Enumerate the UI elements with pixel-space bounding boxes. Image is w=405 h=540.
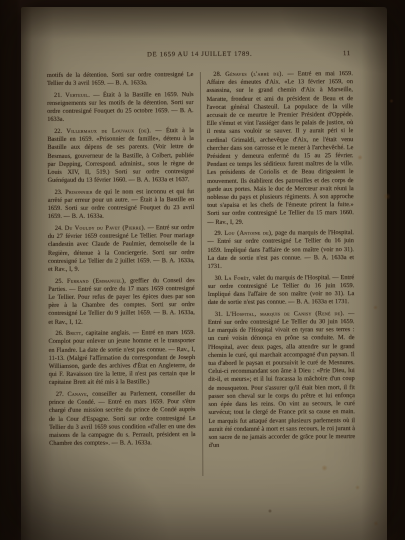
entry-number: 21. <box>54 92 62 99</box>
entry-name: L'Hospital, marquis de Canisy (René de). <box>226 310 344 318</box>
entry-name: Ferrand (Emmanuel), <box>67 277 126 284</box>
entry-number: 27. <box>56 391 64 398</box>
entry-number: 30. <box>215 275 223 282</box>
entry-name: Brett, <box>66 330 83 337</box>
text-column-right: 28. Génaves (l'abbé de). — Entré en mai … <box>206 70 355 454</box>
entry-text: conseiller au Parlement, conseiller du p… <box>49 390 196 447</box>
entry-26: 26. Brett, capitaine anglais. — Entré en… <box>48 329 195 387</box>
text-column-left: motifs de la détention. Sorti sur ordre … <box>47 71 196 455</box>
entry-31: 31. L'Hospital, marquis de Canisy (René … <box>208 310 355 450</box>
entry-name: Verteuil. <box>65 91 90 98</box>
book-photo: DE 1659 AU 14 JUILLET 1789. 11 motifs de… <box>0 0 405 540</box>
entry-text: — Était à la Bastille en 1659. «Prisonni… <box>47 127 194 184</box>
entry-number: 28. <box>213 71 221 78</box>
entry-21: 21. Verteuil. — Était à la Bastille en 1… <box>47 91 194 125</box>
entry-text: — Entré en mai 1659. Affaire des émeutes… <box>206 70 353 226</box>
entry-number: 24. <box>55 225 63 232</box>
entry-number: 31. <box>215 311 223 318</box>
entry-text: capitaine anglais. — Entré en mars 1659.… <box>49 329 196 386</box>
paragraph-continuation: motifs de la détention. Sorti sur ordre … <box>47 71 194 88</box>
entry-name: Lou (Antoine de), <box>224 230 273 237</box>
entry-name: Du Vouldy du Pavet (Pierre). <box>65 224 146 231</box>
entry-25: 25. Ferrand (Emmanuel), greffier du Cons… <box>48 277 195 327</box>
foxing-spot <box>321 465 328 471</box>
page-content: DE 1659 AU 14 JUILLET 1789. 11 motifs de… <box>47 50 355 455</box>
text-columns: motifs de la détention. Sorti sur ordre … <box>47 70 355 455</box>
column-divider-rule <box>200 72 203 476</box>
entry-number: 23. <box>55 189 63 196</box>
running-header: DE 1659 AU 14 JUILLET 1789. 11 <box>47 50 353 65</box>
entry-27: 27. Canaye, conseiller au Parlement, con… <box>49 390 196 448</box>
entry-name: Villermaux de Louvaux (de). <box>66 127 151 135</box>
entry-24: 24. Du Vouldy du Pavet (Pierre). — Entré… <box>48 224 195 274</box>
entry-number: 25. <box>55 277 63 284</box>
entry-22: 22. Villermaux de Louvaux (de). — Était … <box>47 127 194 185</box>
entry-number: 22. <box>54 128 62 135</box>
entry-29: 29. Lou (Antoine de), page du marquis de… <box>207 229 354 271</box>
entry-name: Canaye, <box>67 391 88 398</box>
entry-number: 29. <box>214 230 222 237</box>
entry-number: 26. <box>55 330 63 337</box>
foxing-spot <box>383 193 391 200</box>
running-header-title: DE 1659 AU 14 JUILLET 1789. <box>47 50 353 59</box>
entry-name: Génaves (l'abbé de). <box>225 70 283 77</box>
entry-28: 28. Génaves (l'abbé de). — Entré en mai … <box>206 70 353 227</box>
foxing-spot <box>355 485 360 490</box>
foxing-spot <box>268 509 272 513</box>
entry-text: — Entré sur ordre contresigné Le Tellier… <box>208 310 355 449</box>
foxing-spot <box>389 99 394 103</box>
foxing-spot <box>357 155 363 160</box>
foxing-spot <box>373 521 379 526</box>
entry-name: Prisonnier <box>65 188 92 195</box>
foxing-spot <box>373 305 378 310</box>
entry-30: 30. La Forêt, valet du marquis de l'Hosp… <box>208 274 355 308</box>
entry-name: La Forêt, <box>224 274 250 281</box>
page-number: 11 <box>343 50 351 57</box>
book-page: DE 1659 AU 14 JUILLET 1789. 11 motifs de… <box>21 7 387 540</box>
entry-23: 23. Prisonnier de qui le nom est inconnu… <box>48 188 195 222</box>
